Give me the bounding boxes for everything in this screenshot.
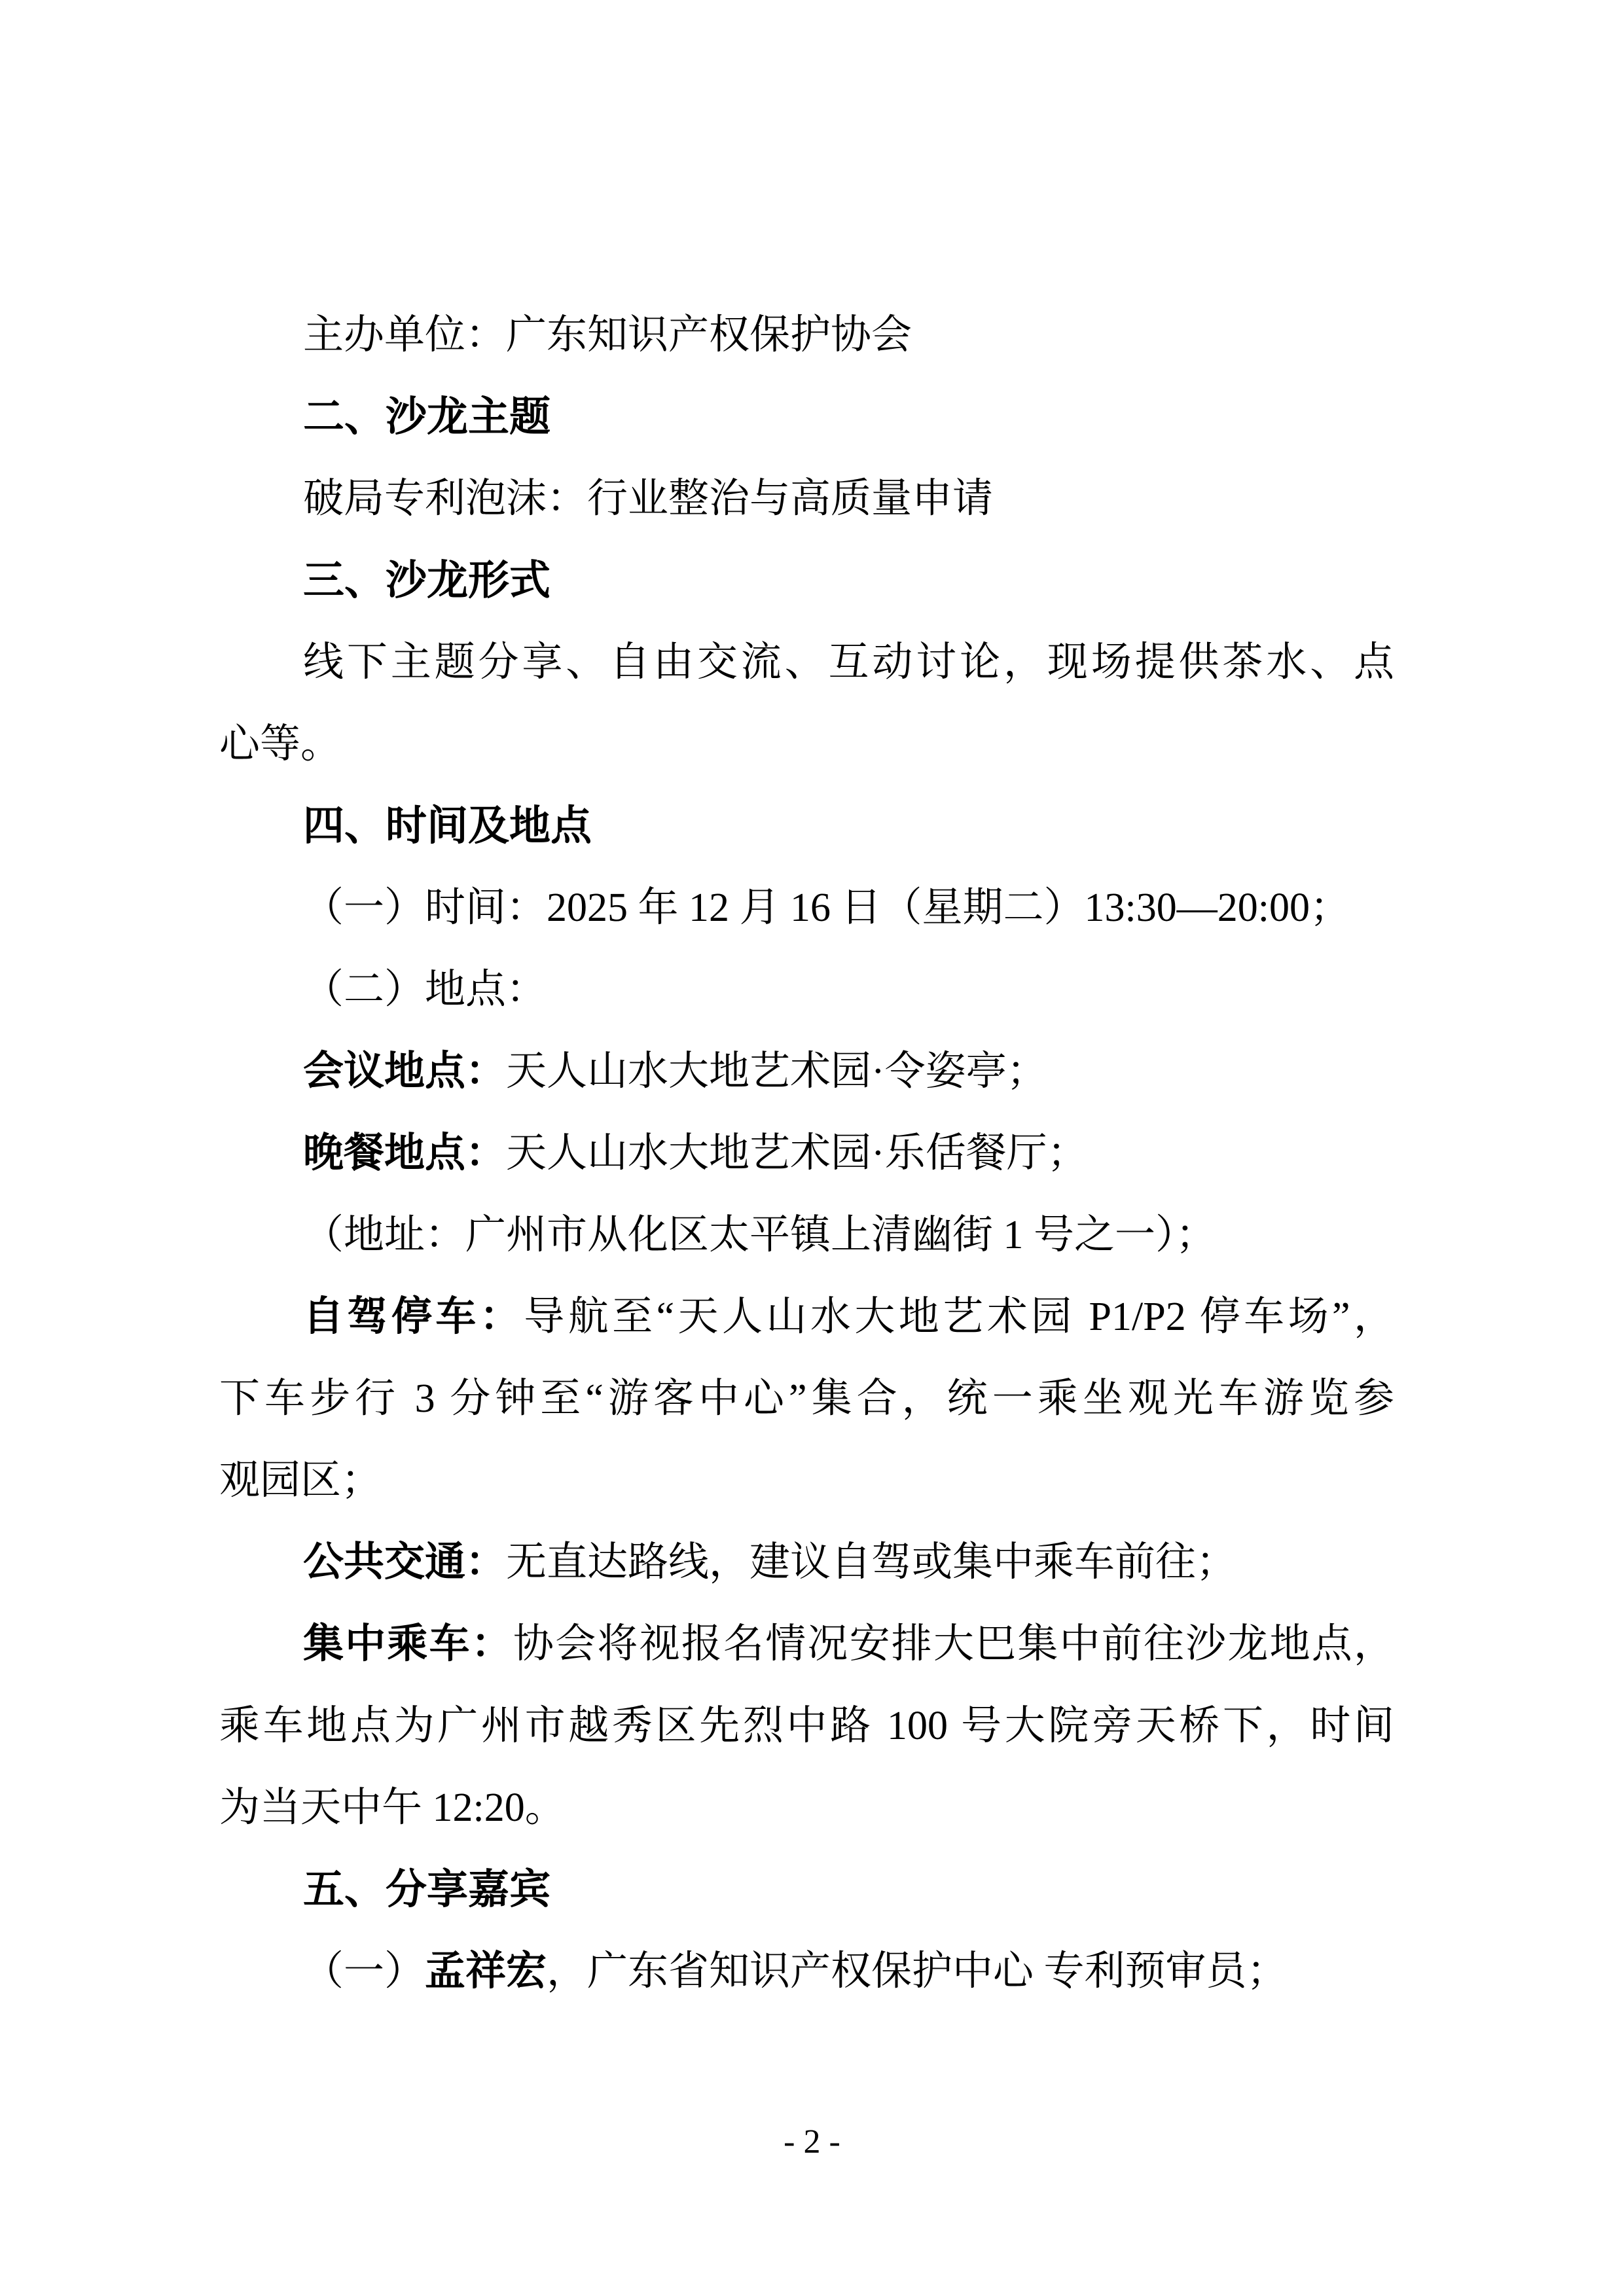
paragraph-line: 主办单位：广东知识产权保护协会 (219, 295, 1394, 376)
section-heading: 三、沙龙形式 (219, 540, 1394, 622)
paragraph-line: 公共交通：无直达路线，建议自驾或集中乘车前往； (219, 1522, 1394, 1604)
section-heading: 四、时间及地点 (219, 785, 1394, 867)
text-run: 破局专利泡沫：行业整治与高质量申请 (303, 476, 993, 521)
text-run: 导航至“天人山水大地艺术园 P1/P2 停车场”， (524, 1295, 1394, 1339)
paragraph-line: （地址：广州市从化区太平镇上清幽街 1 号之一）； (219, 1194, 1394, 1276)
text-run: 天人山水大地艺术园·乐佸餐厅； (506, 1131, 1088, 1175)
text-run-bold: 会议地点： (303, 1049, 506, 1094)
paragraph-line: 会议地点：天人山水大地艺术园·令姿亭； (219, 1031, 1394, 1113)
document-body: 主办单位：广东知识产权保护协会二、沙龙主题破局专利泡沫：行业整治与高质量申请三、… (219, 295, 1394, 2013)
page-number: - 2 - (0, 2123, 1624, 2162)
text-run-bold: 三、沙龙形式 (303, 558, 550, 603)
text-run: 协会将视报名情况安排大巴集中前往沙龙地点， (513, 1622, 1394, 1666)
paragraph-line: 心等。 (219, 704, 1394, 785)
paragraph-line: 破局专利泡沫：行业整治与高质量申请 (219, 458, 1394, 540)
paragraph-line: 线下主题分享、自由交流、互动讨论，现场提供茶水、点 (219, 622, 1394, 704)
text-run-bold: 孟祥宏 (425, 1949, 547, 1994)
text-run: 主办单位：广东知识产权保护协会 (303, 313, 912, 357)
text-run: 乘车地点为广州市越秀区先烈中路 100 号大院旁天桥下，时间 (219, 1704, 1394, 1748)
paragraph-line: （二）地点： (219, 949, 1394, 1031)
paragraph-line: 自驾停车：导航至“天人山水大地艺术园 P1/P2 停车场”， (219, 1276, 1394, 1358)
text-run-bold: 四、时间及地点 (303, 803, 592, 849)
text-run-bold: 自驾停车： (303, 1295, 524, 1339)
paragraph-line: 乘车地点为广州市越秀区先烈中路 100 号大院旁天桥下，时间 (219, 1685, 1394, 1767)
text-run: 无直达路线，建议自驾或集中乘车前往； (506, 1540, 1236, 1585)
paragraph-line: 为当天中午 12:20。 (219, 1767, 1394, 1849)
paragraph-line: 晚餐地点：天人山水大地艺术园·乐佸餐厅； (219, 1113, 1394, 1194)
text-run-bold: 五、分享嘉宾 (303, 1867, 550, 1912)
section-heading: 二、沙龙主题 (219, 376, 1394, 458)
text-run: （二）地点： (303, 967, 547, 1012)
section-heading: 五、分享嘉宾 (219, 1849, 1394, 1931)
paragraph-line: （一）时间：2025 年 12 月 16 日（星期二）13:30—20:00； (219, 867, 1394, 949)
text-run: （一）时间：2025 年 12 月 16 日（星期二）13:30—20:00； (303, 886, 1350, 930)
paragraph-line: （一）孟祥宏，广东省知识产权保护中心 专利预审员； (219, 1931, 1394, 2013)
text-run: ，广东省知识产权保护中心 专利预审员； (547, 1949, 1288, 1994)
text-run: （地址：广州市从化区太平镇上清幽街 1 号之一）； (303, 1213, 1216, 1257)
paragraph-line: 下车步行 3 分钟至“游客中心”集合，统一乘坐观光车游览参 (219, 1358, 1394, 1440)
text-run-bold: 二、沙龙主题 (303, 394, 550, 440)
text-run: 心等。 (219, 722, 341, 766)
text-run: （一） (303, 1949, 425, 1994)
document-page: 主办单位：广东知识产权保护协会二、沙龙主题破局专利泡沫：行业整治与高质量申请三、… (0, 0, 1624, 2296)
text-run: 下车步行 3 分钟至“游客中心”集合，统一乘坐观光车游览参 (219, 1376, 1394, 1421)
text-run: 线下主题分享、自由交流、互动讨论，现场提供茶水、点 (303, 640, 1394, 685)
text-run: 为当天中午 12:20。 (219, 1785, 566, 1830)
text-run-bold: 集中乘车： (303, 1622, 513, 1666)
text-run: 观园区； (219, 1458, 382, 1503)
text-run-bold: 晚餐地点： (303, 1131, 506, 1175)
paragraph-line: 观园区； (219, 1440, 1394, 1522)
paragraph-line: 集中乘车：协会将视报名情况安排大巴集中前往沙龙地点， (219, 1604, 1394, 1685)
text-run: 天人山水大地艺术园·令姿亭； (506, 1049, 1047, 1094)
text-run-bold: 公共交通： (303, 1540, 506, 1585)
